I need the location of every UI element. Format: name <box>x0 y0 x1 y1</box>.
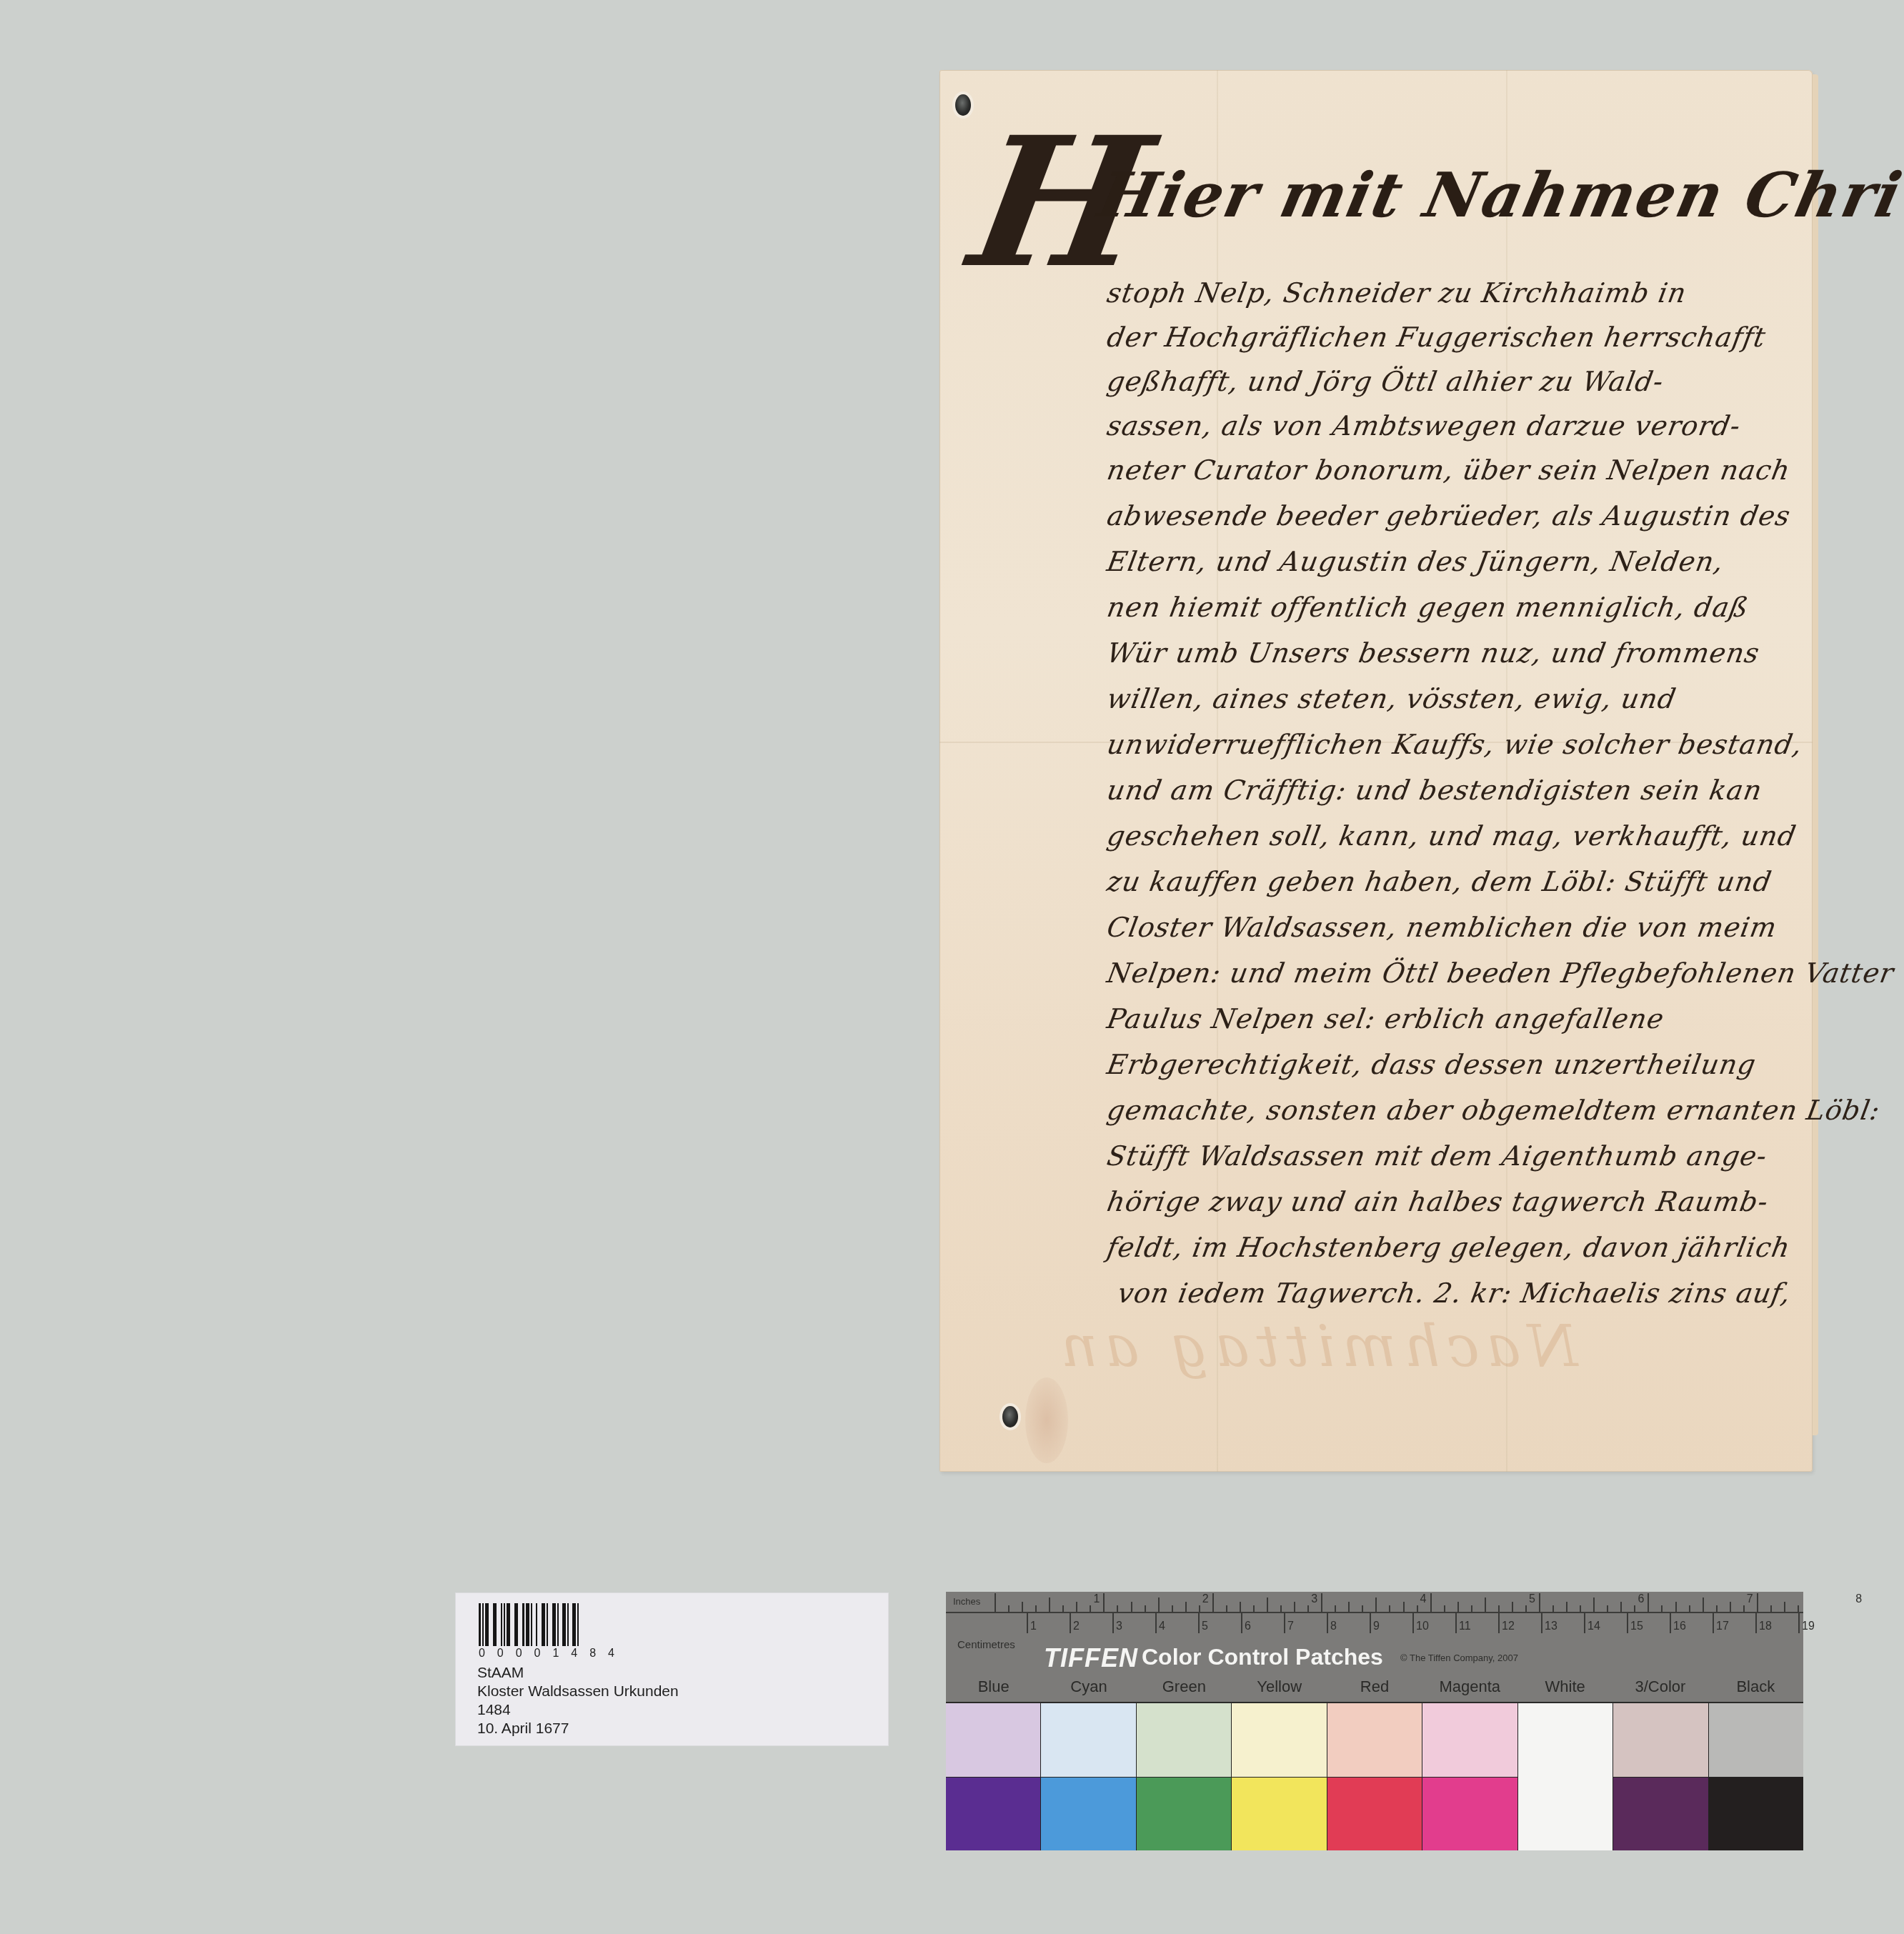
inch-tick <box>995 1593 996 1612</box>
inch-tick <box>1770 1605 1772 1612</box>
inch-tick <box>1675 1602 1677 1612</box>
patch-column-black <box>1709 1703 1803 1850</box>
inch-number: 8 <box>1855 1593 1862 1606</box>
cm-tick <box>1327 1613 1328 1633</box>
text-line: Wür umb Unsers bessern nuz, und frommens <box>1105 637 1762 669</box>
patch-label: Black <box>1708 1678 1803 1700</box>
barcode <box>479 1603 579 1646</box>
cm-number: 1 <box>1030 1620 1037 1633</box>
inch-tick <box>1743 1605 1745 1612</box>
text-line: von iedem Tagwerch. 2. kr: Michaelis zin… <box>1115 1277 1793 1309</box>
color-control-chart: Inches Centimetres TIFFEN Color Control … <box>946 1592 1803 1849</box>
handwritten-text: H Hier mit Nahmen Chri stoph Nelp, Schne… <box>939 70 1813 1472</box>
inch-tick <box>1525 1605 1527 1612</box>
patch-dark <box>1327 1778 1422 1851</box>
reverse-side-showthrough: Nachmittag an <box>1054 1313 1577 1380</box>
patch-label: 3/Color <box>1613 1678 1708 1700</box>
cm-tick <box>1070 1613 1071 1633</box>
inch-number: 5 <box>1529 1593 1535 1606</box>
patch-column-magenta <box>1422 1703 1517 1850</box>
heading-line: Hier mit Nahmen Chri <box>1092 159 1904 231</box>
inch-tick <box>1757 1593 1758 1612</box>
text-line: Nelpen: und meim Öttl beeden Pflegbefohl… <box>1105 957 1896 989</box>
patch-dark <box>1041 1778 1135 1851</box>
inch-tick <box>1417 1605 1418 1612</box>
inch-tick <box>1485 1597 1486 1612</box>
color-patches <box>946 1702 1803 1850</box>
collection-name: Kloster Waldsassen Urkunden <box>477 1683 679 1701</box>
cm-number: 5 <box>1202 1620 1208 1633</box>
cm-number: 3 <box>1116 1620 1122 1633</box>
cm-number: 13 <box>1545 1620 1557 1633</box>
patch-dark <box>1422 1778 1517 1851</box>
patch-dark <box>946 1778 1040 1851</box>
inch-tick <box>1798 1605 1799 1612</box>
inch-number: 4 <box>1420 1593 1427 1606</box>
chart-title: Color Control Patches <box>1142 1644 1383 1670</box>
inch-tick <box>1321 1593 1322 1612</box>
patch-labels: Blue Cyan Green Yellow Red Magenta White… <box>946 1678 1803 1700</box>
label-text: StAAM Kloster Waldsassen Urkunden 1484 1… <box>477 1664 679 1738</box>
patch-light <box>1232 1703 1326 1778</box>
cm-number: 6 <box>1245 1620 1251 1633</box>
inch-tick <box>1090 1605 1091 1612</box>
patch-label: White <box>1517 1678 1613 1700</box>
cm-number: 9 <box>1373 1620 1380 1633</box>
text-line: Erbgerechtigkeit, dass dessen unzertheil… <box>1105 1049 1758 1080</box>
inch-tick <box>1539 1593 1540 1612</box>
text-line: zu kauffen geben haben, dem Löbl: Stüfft… <box>1105 866 1774 897</box>
text-line: unwiderruefflichen Kauffs, wie solcher b… <box>1105 729 1805 760</box>
inch-tick <box>1498 1605 1500 1612</box>
patch-light <box>1613 1703 1708 1778</box>
inch-tick <box>1375 1597 1377 1612</box>
text-line: Stüfft Waldsassen mit dem Aigenthumb ang… <box>1105 1140 1770 1172</box>
barcode-digit: 4 <box>571 1648 577 1660</box>
inch-tick <box>1512 1602 1513 1612</box>
inch-tick <box>1580 1605 1581 1612</box>
inch-tick <box>1784 1602 1785 1612</box>
document-number: 1484 <box>477 1701 679 1720</box>
text-line: der Hochgräflichen Fuggerischen herrscha… <box>1105 321 1768 353</box>
document-date: 10. April 1677 <box>477 1720 679 1738</box>
patch-label: Red <box>1327 1678 1422 1700</box>
cm-number: 19 <box>1802 1620 1815 1633</box>
inch-tick <box>1362 1605 1363 1612</box>
inch-number: 6 <box>1638 1593 1644 1606</box>
inch-tick <box>1022 1602 1023 1612</box>
cm-number: 14 <box>1588 1620 1600 1633</box>
inch-tick <box>1103 1593 1105 1612</box>
cm-tick <box>1412 1613 1414 1633</box>
inches-label: Inches <box>953 1596 980 1607</box>
patch-label: Green <box>1137 1678 1232 1700</box>
barcode-digit: 0 <box>497 1648 504 1660</box>
archive-label: 0 0 0 0 1 4 8 4 StAAM Kloster Waldsassen… <box>456 1593 888 1745</box>
inch-tick <box>1430 1593 1432 1612</box>
cm-number: 10 <box>1416 1620 1429 1633</box>
inch-tick <box>1267 1597 1268 1612</box>
inch-tick <box>1457 1602 1459 1612</box>
cm-number: 2 <box>1073 1620 1080 1633</box>
cm-tick <box>1584 1613 1585 1633</box>
cm-number: 16 <box>1673 1620 1686 1633</box>
text-line: und am Cräfftig: und bestendigisten sein… <box>1105 774 1765 806</box>
patch-light <box>946 1703 1040 1778</box>
patch-light <box>1709 1703 1803 1778</box>
inch-tick <box>1566 1602 1567 1612</box>
archive-name: StAAM <box>477 1664 679 1683</box>
patch-column-white <box>1518 1703 1613 1850</box>
inch-tick <box>1158 1597 1160 1612</box>
inch-tick <box>1212 1593 1214 1612</box>
inch-tick <box>1620 1602 1622 1612</box>
inch-tick <box>1730 1602 1731 1612</box>
inch-tick <box>1280 1605 1282 1612</box>
inch-tick <box>1716 1605 1718 1612</box>
cm-tick <box>1498 1613 1500 1633</box>
inch-tick <box>1593 1597 1595 1612</box>
text-line: feldt, im Hochstenberg gelegen, davon jä… <box>1105 1232 1793 1263</box>
centimetres-label: Centimetres <box>957 1639 1015 1651</box>
cm-number: 17 <box>1716 1620 1729 1633</box>
inch-tick <box>1199 1605 1200 1612</box>
text-line: stoph Nelp, Schneider zu Kirchhaimb in <box>1105 277 1689 309</box>
barcode-digit: 0 <box>516 1648 522 1660</box>
text-line: abwesende beeder gebrüeder, als Augustin… <box>1105 500 1793 532</box>
cm-tick <box>1798 1613 1800 1633</box>
inch-tick <box>1552 1605 1554 1612</box>
patch-light <box>1518 1703 1613 1777</box>
inch-number: 1 <box>1093 1593 1100 1606</box>
tiffen-logo: TIFFEN <box>1044 1643 1138 1673</box>
barcode-digit: 4 <box>608 1648 614 1660</box>
patch-dark <box>1709 1778 1803 1851</box>
manuscript-page: H Hier mit Nahmen Chri stoph Nelp, Schne… <box>939 70 1813 1472</box>
cm-tick <box>1670 1613 1671 1633</box>
inch-tick <box>1607 1605 1608 1612</box>
cm-number: 8 <box>1330 1620 1337 1633</box>
patch-column-3-color <box>1613 1703 1708 1850</box>
inch-number: 2 <box>1202 1593 1209 1606</box>
cm-number: 12 <box>1502 1620 1515 1633</box>
inch-tick <box>1403 1602 1405 1612</box>
inch-tick <box>1253 1605 1255 1612</box>
inch-number: 3 <box>1311 1593 1317 1606</box>
patch-dark <box>1613 1778 1708 1851</box>
inch-tick <box>1648 1593 1649 1612</box>
cm-tick <box>1370 1613 1371 1633</box>
inch-tick <box>1049 1597 1050 1612</box>
patch-light <box>1137 1703 1231 1778</box>
cm-number: 15 <box>1630 1620 1643 1633</box>
inch-number: 7 <box>1747 1593 1753 1606</box>
cm-tick <box>1284 1613 1285 1633</box>
inch-tick <box>1062 1605 1064 1612</box>
patch-label: Blue <box>946 1678 1041 1700</box>
cm-tick <box>1627 1613 1628 1633</box>
cm-number: 11 <box>1459 1620 1471 1633</box>
text-line: geschehen soll, kann, und mag, verkhauff… <box>1105 820 1799 852</box>
cm-tick <box>1112 1613 1114 1633</box>
chart-copyright: © The Tiffen Company, 2007 <box>1400 1653 1518 1663</box>
inch-tick <box>1294 1602 1295 1612</box>
inch-tick <box>1145 1605 1146 1612</box>
cm-tick <box>1155 1613 1157 1633</box>
inch-tick <box>1185 1602 1187 1612</box>
patch-dark <box>1232 1778 1326 1851</box>
text-line: nen hiemit offentlich gegen menniglich, … <box>1105 592 1751 623</box>
barcode-digit: 1 <box>552 1648 559 1660</box>
barcode-number: 0 0 0 0 1 4 8 4 <box>479 1648 614 1660</box>
inch-tick <box>1076 1602 1077 1612</box>
inch-tick <box>1689 1605 1690 1612</box>
barcode-digit: 0 <box>534 1648 541 1660</box>
inch-tick <box>1035 1605 1037 1612</box>
inch-tick <box>1348 1602 1350 1612</box>
patch-label: Cyan <box>1041 1678 1136 1700</box>
text-line: sassen, als von Ambtswegen darzue verord… <box>1105 410 1743 442</box>
patch-label: Magenta <box>1422 1678 1517 1700</box>
patch-dark <box>1518 1777 1613 1850</box>
inch-tick <box>1226 1605 1227 1612</box>
text-line: Eltern, und Augustin des Jüngern, Nelden… <box>1105 546 1726 577</box>
patch-column-green <box>1137 1703 1232 1850</box>
cm-tick <box>1027 1613 1028 1633</box>
inch-tick <box>1661 1605 1663 1612</box>
cm-tick <box>1198 1613 1200 1633</box>
cm-tick <box>1755 1613 1757 1633</box>
patch-dark <box>1137 1778 1231 1851</box>
cm-number: 7 <box>1287 1620 1294 1633</box>
inch-tick <box>1703 1597 1704 1612</box>
patch-column-cyan <box>1041 1703 1136 1850</box>
inch-tick <box>1471 1605 1472 1612</box>
cm-number: 18 <box>1759 1620 1772 1633</box>
patch-light <box>1422 1703 1517 1778</box>
inch-tick <box>1117 1605 1118 1612</box>
cm-number: 4 <box>1159 1620 1165 1633</box>
patch-column-yellow <box>1232 1703 1327 1850</box>
patch-label: Yellow <box>1232 1678 1327 1700</box>
patch-column-blue <box>946 1703 1041 1850</box>
inch-tick <box>1131 1602 1132 1612</box>
text-line: Paulus Nelpen sel: erblich angefallene <box>1105 1003 1667 1035</box>
cm-tick <box>1241 1613 1242 1633</box>
inch-tick <box>1389 1605 1390 1612</box>
text-line: geßhafft, und Jörg Öttl alhier zu Wald- <box>1105 366 1666 397</box>
inch-tick <box>1307 1605 1309 1612</box>
patch-light <box>1327 1703 1422 1778</box>
text-line: Closter Waldsassen, nemblichen die von m… <box>1105 912 1780 943</box>
text-line: neter Curator bonorum, über sein Nelpen … <box>1105 454 1793 486</box>
inch-tick <box>1240 1602 1241 1612</box>
barcode-digit: 8 <box>589 1648 596 1660</box>
inch-tick <box>1335 1605 1336 1612</box>
patch-column-red <box>1327 1703 1422 1850</box>
text-line: willen, aines steten, vössten, ewig, und <box>1105 683 1679 714</box>
patch-light <box>1041 1703 1135 1778</box>
inch-tick <box>1172 1605 1173 1612</box>
inch-tick <box>1444 1605 1445 1612</box>
cm-tick <box>1541 1613 1542 1633</box>
inch-tick <box>1634 1605 1635 1612</box>
text-line: gemachte, sonsten aber obgemeldtem ernan… <box>1105 1095 1883 1126</box>
barcode-digit: 0 <box>479 1648 485 1660</box>
text-line: hörige zway und ain halbes tagwerch Raum… <box>1105 1186 1771 1217</box>
cm-tick <box>1455 1613 1457 1633</box>
inch-tick <box>1008 1605 1010 1612</box>
cm-tick <box>1713 1613 1714 1633</box>
